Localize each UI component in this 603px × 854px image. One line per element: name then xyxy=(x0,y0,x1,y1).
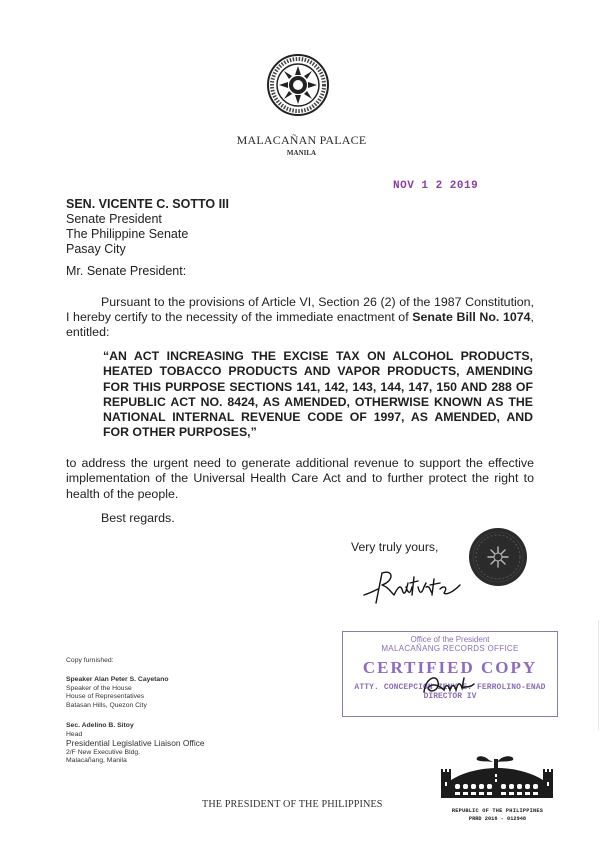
dry-seal-icon xyxy=(468,527,528,587)
emblem-caption: REPUBLIC OF THE PHILIPPINES xyxy=(425,808,570,814)
addressee-title: Senate President xyxy=(66,212,162,227)
cc-recipient-line: Speaker of the House xyxy=(66,685,169,694)
signature-icon xyxy=(360,565,470,605)
stamp-office: Office of the President xyxy=(343,635,557,644)
closing: Very truly yours, xyxy=(351,540,438,554)
cc-recipient-line: Batasan Hills, Quezon City xyxy=(66,702,169,711)
addressee-name: SEN. VICENTE C. SOTTO III xyxy=(66,197,229,212)
purpose-paragraph: to address the urgent need to generate a… xyxy=(66,456,534,502)
presidential-seal-icon xyxy=(266,53,330,117)
cc-recipient-line: Malacañang, Manila xyxy=(66,757,205,766)
bill-title: “AN ACT INCREASING THE EXCISE TAX ON ALC… xyxy=(103,349,533,441)
certifier-signature-icon xyxy=(418,672,478,698)
cc-recipient-name: Speaker Alan Peter S. Cayetano xyxy=(66,676,169,685)
salutation: Mr. Senate President: xyxy=(66,264,186,278)
cc-recipient-line: Presidential Legislative Liaison Office xyxy=(66,739,205,749)
emblem-reference: PRRD 2016 - 012948 xyxy=(425,816,570,822)
letterhead-city: MANILA xyxy=(0,149,603,157)
copy-furnished-label: Copy furnished: xyxy=(66,657,114,666)
regards: Best regards. xyxy=(101,511,175,525)
addressee-organization: The Philippine Senate xyxy=(66,227,188,242)
cc-recipient: Sec. Adelino B. Sitoy Head Presidential … xyxy=(66,722,205,766)
cc-recipient-name: Sec. Adelino B. Sitoy xyxy=(66,722,205,731)
cc-recipient: Speaker Alan Peter S. Cayetano Speaker o… xyxy=(66,676,169,710)
cc-recipient-line: House of Representatives xyxy=(66,693,169,702)
malacanang-palace-emblem-icon xyxy=(437,752,557,798)
cc-recipient-line: 2/F New Executive Bldg. xyxy=(66,749,205,758)
bill-reference: Senate Bill No. 1074 xyxy=(412,310,530,324)
footer-title: THE PRESIDENT OF THE PHILIPPINES xyxy=(202,799,383,810)
stamp-records-office: MALACAÑANG RECORDS OFFICE xyxy=(343,644,557,653)
page-edge-divider xyxy=(598,620,599,730)
letterhead-office: MALACAÑAN PALACE xyxy=(0,133,603,148)
certification-paragraph: Pursuant to the provisions of Article VI… xyxy=(66,295,534,340)
addressee-city: Pasay City xyxy=(66,242,126,257)
date-stamp: NOV 1 2 2019 xyxy=(393,180,478,192)
